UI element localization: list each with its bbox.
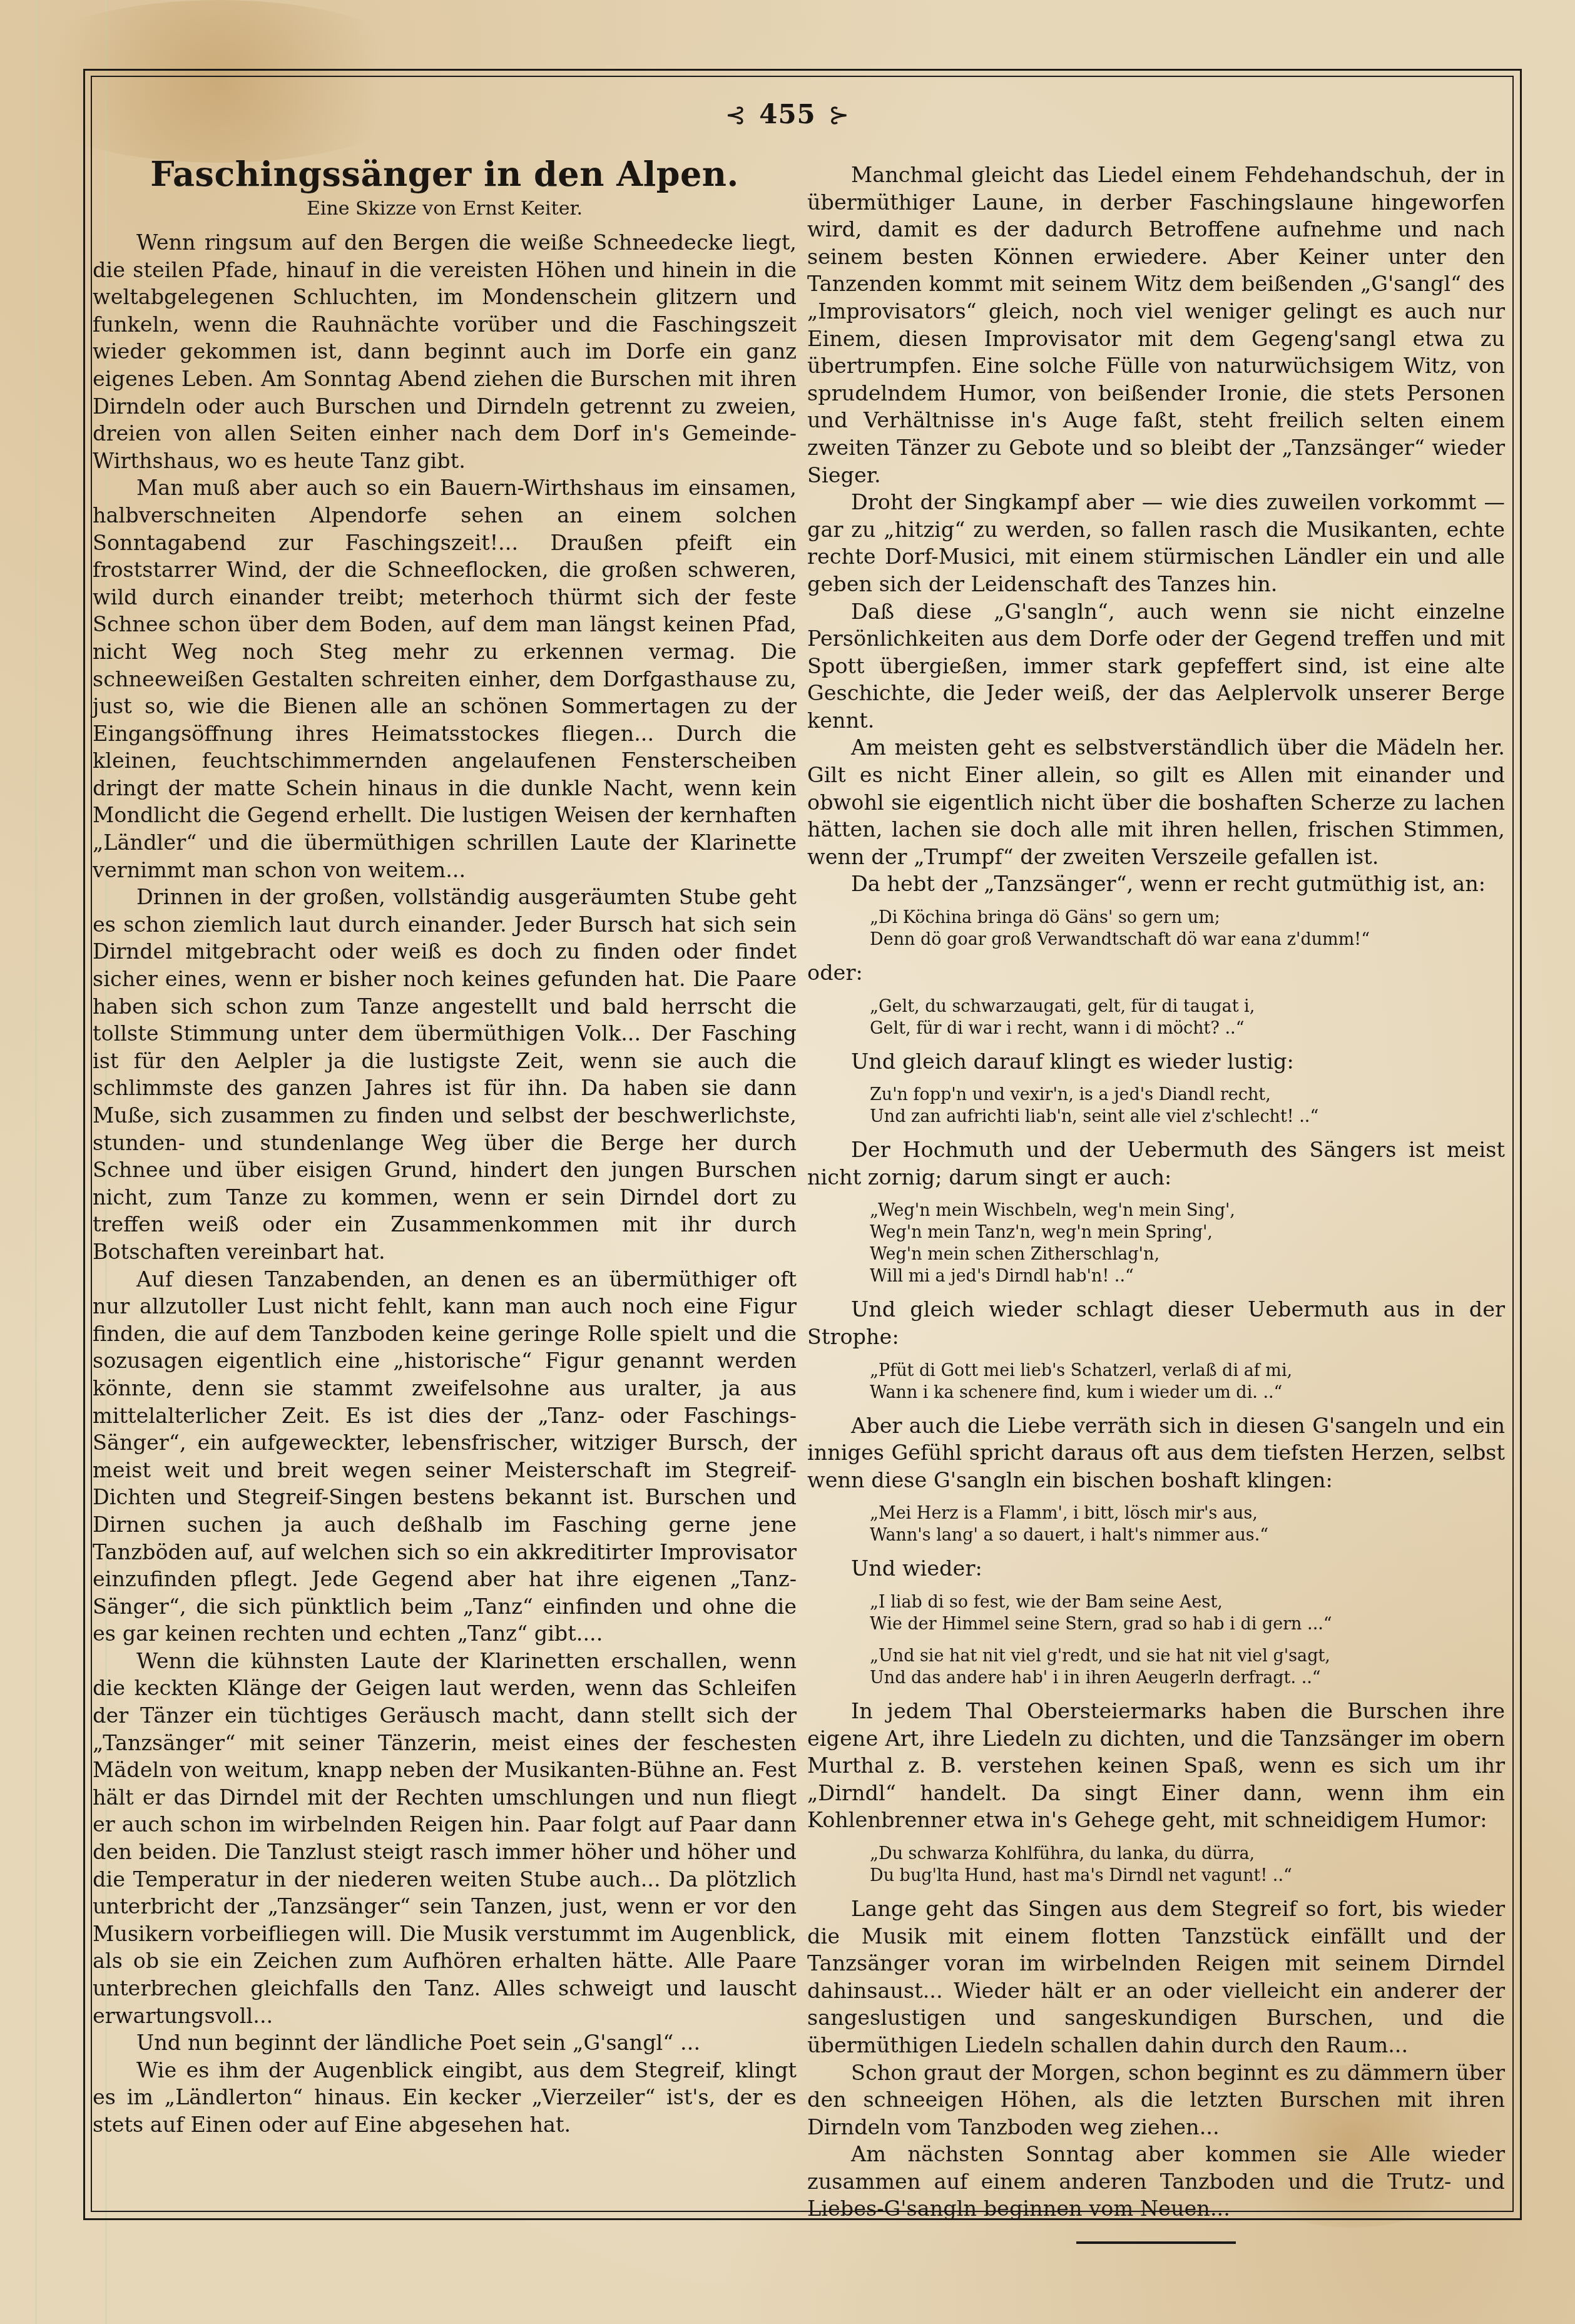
paragraph: Man muß aber auch so ein Bauern-Wirthsha… [93, 474, 797, 884]
paragraph: Lange geht das Singen aus dem Stegreif s… [807, 1895, 1505, 2059]
verse-block: Zu'n fopp'n und vexir'n, is a jed's Dian… [870, 1084, 1505, 1128]
left-column: Faschingssänger in den Alpen. Eine Skizz… [93, 150, 797, 2139]
verse-block: „I liab di so fest, wie der Bam seine Ae… [870, 1591, 1505, 1689]
paragraph: Am nächsten Sonntag aber kommen sie Alle… [807, 2141, 1505, 2223]
verse-line: Und das andere hab' i in ihren Aeugerln … [870, 1667, 1505, 1689]
page-header: ⊰455⊱ [0, 99, 1575, 130]
paragraph: Drinnen in der großen, vollständig ausge… [93, 884, 797, 1265]
verse-block: „Mei Herz is a Flamm', i bitt, lösch mir… [870, 1502, 1505, 1546]
verse-line: Will mi a jed's Dirndl hab'n! ..“ [870, 1265, 1505, 1287]
verse-line: Und zan aufrichti liab'n, seint alle vie… [870, 1106, 1505, 1128]
verse-line: Wann's lang' a so dauert, i halt's nimme… [870, 1524, 1505, 1546]
ornament-right-icon: ⊱ [828, 101, 850, 130]
paragraph: Schon graut der Morgen, schon beginnt es… [807, 2059, 1505, 2141]
verse-line: Weg'n mein Tanz'n, weg'n mein Spring', [870, 1221, 1505, 1243]
paragraph: Der Hochmuth und der Uebermuth des Sänge… [807, 1136, 1505, 1191]
verse-line: „Di Köchina bringa dö Gäns' so gern um; [870, 907, 1505, 929]
paragraph: Droht der Singkampf aber — wie dies zuwe… [807, 489, 1505, 598]
paragraph: Wenn die kühnsten Laute der Klarinetten … [93, 1648, 797, 2029]
paragraph: oder: [807, 959, 1505, 987]
verse-line: Zu'n fopp'n und vexir'n, is a jed's Dian… [870, 1084, 1505, 1106]
paragraph: Und gleich wieder schlagt dieser Uebermu… [807, 1296, 1505, 1350]
paragraph: Am meisten geht es selbstverständlich üb… [807, 734, 1505, 870]
paper-fold-line [35, 0, 37, 2324]
verse-line: „Mei Herz is a Flamm', i bitt, lösch mir… [870, 1502, 1505, 1524]
verse-line: Wie der Himmel seine Stern, grad so hab … [870, 1613, 1505, 1635]
verse-line: Gelt, für di war i recht, wann i di möch… [870, 1017, 1505, 1039]
ornament-left-icon: ⊰ [725, 101, 747, 130]
article-title: Faschingssänger in den Alpen. [93, 154, 797, 194]
verse-line: Wann i ka schenere find, kum i wieder um… [870, 1382, 1505, 1404]
verse-line: „Du schwarza Kohlführa, du lanka, du dür… [870, 1843, 1505, 1865]
verse-line: „Gelt, du schwarzaugati, gelt, für di ta… [870, 996, 1505, 1017]
verse-line: „Weg'n mein Wischbeln, weg'n mein Sing', [870, 1200, 1505, 1221]
paragraph: In jedem Thal Obersteiermarks haben die … [807, 1698, 1505, 1834]
verse-line: Du bug'lta Hund, hast ma's Dirndl net va… [870, 1865, 1505, 1887]
end-rule [1076, 2241, 1236, 2244]
paragraph: Und wieder: [807, 1555, 1505, 1582]
right-column: Manchmal gleicht das Liedel einem Fehdeh… [807, 161, 1505, 2244]
paragraph: Wenn ringsum auf den Bergen die weiße Sc… [93, 229, 797, 474]
verse-line: „I liab di so fest, wie der Bam seine Ae… [870, 1591, 1505, 1613]
verse-block: „Gelt, du schwarzaugati, gelt, für di ta… [870, 996, 1505, 1039]
paragraph: Und gleich darauf klingt es wieder lusti… [807, 1048, 1505, 1076]
verse-line: Denn dö goar groß Verwandtschaft dö war … [870, 929, 1505, 950]
paragraph: Wie es ihm der Augenblick eingibt, aus d… [93, 2057, 797, 2139]
verse-block: „Du schwarza Kohlführa, du lanka, du dür… [870, 1843, 1505, 1887]
verse-line: Weg'n mein schen Zitherschlag'n, [870, 1243, 1505, 1265]
paragraph: Daß diese „G'sangln“, auch wenn sie nich… [807, 598, 1505, 735]
paragraph: Manchmal gleicht das Liedel einem Fehdeh… [807, 161, 1505, 489]
verse-line: „Und sie hat nit viel g'redt, und sie ha… [870, 1645, 1505, 1667]
paragraph: Und nun beginnt der ländliche Poet sein … [93, 2029, 797, 2057]
article-byline: Eine Skizze von Ernst Keiter. [93, 195, 797, 223]
verse-block: „Di Köchina bringa dö Gäns' so gern um; … [870, 907, 1505, 950]
paragraph: Aber auch die Liebe verräth sich in dies… [807, 1412, 1505, 1494]
verse-line: „Pfüt di Gott mei lieb's Schatzerl, verl… [870, 1360, 1505, 1382]
paragraph: Auf diesen Tanzabenden, an denen es an ü… [93, 1266, 797, 1648]
verse-block: „Weg'n mein Wischbeln, weg'n mein Sing',… [870, 1200, 1505, 1287]
verse-block: „Pfüt di Gott mei lieb's Schatzerl, verl… [870, 1360, 1505, 1404]
page-number: 455 [759, 99, 816, 130]
paragraph: Da hebt der „Tanzsänger“, wenn er recht … [807, 870, 1505, 898]
